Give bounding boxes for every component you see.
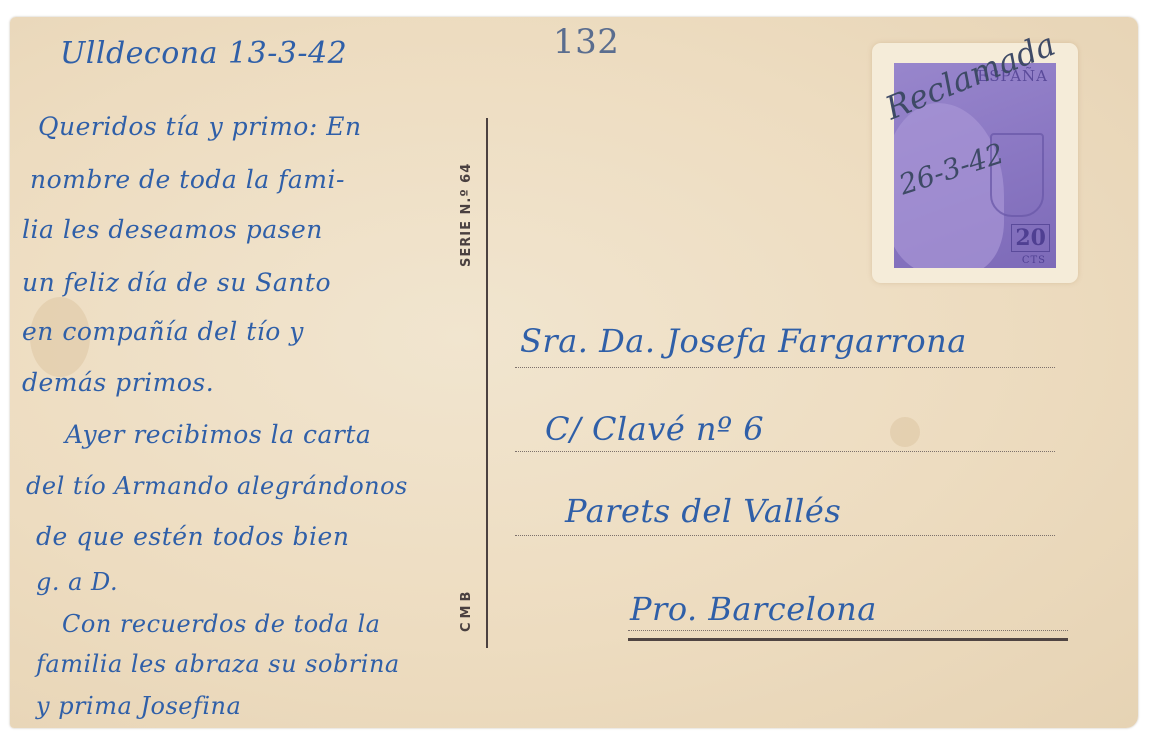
archive-number: 132 <box>553 22 619 62</box>
message-line: de que estén todos bien <box>36 522 349 551</box>
stamp-value: 20 <box>1011 224 1050 252</box>
message-line: nombre de toda la fami- <box>30 165 345 194</box>
address-dotted-line <box>628 630 1068 631</box>
place-date: Ulldecona 13-3-42 <box>60 36 347 71</box>
series-number: SERIE N.º 64 <box>459 163 474 267</box>
address-recipient: Sra. Da. Josefa Fargarrona <box>520 322 967 360</box>
address-dotted-line <box>515 451 1055 452</box>
paper-stain <box>890 417 920 447</box>
message-line: g. a D. <box>36 568 118 596</box>
message-line: lia les deseamos pasen <box>22 215 323 244</box>
stamp-unit: CTS <box>1022 255 1046 266</box>
address-town: Parets del Vallés <box>565 492 841 530</box>
message-line: Con recuerdos de toda la <box>62 610 380 638</box>
message-line: Queridos tía y primo: En <box>38 112 362 141</box>
address-dotted-line <box>515 535 1055 536</box>
address-underline <box>628 638 1068 641</box>
message-line: demás primos. <box>22 368 214 397</box>
message-line: un feliz día de su Santo <box>22 268 331 297</box>
center-divider <box>486 118 488 648</box>
address-province: Pro. Barcelona <box>630 590 877 628</box>
message-line: Ayer recibimos la carta <box>65 420 371 449</box>
message-line: en compañía del tío y <box>22 317 304 346</box>
address-street: C/ Clavé nº 6 <box>545 410 764 448</box>
address-dotted-line <box>515 367 1055 368</box>
publisher-mark: CMB <box>459 588 474 632</box>
message-line: y prima Josefina <box>36 692 241 720</box>
message-line: del tío Armando alegrándonos <box>26 472 408 500</box>
message-line: familia les abraza su sobrina <box>36 650 400 678</box>
